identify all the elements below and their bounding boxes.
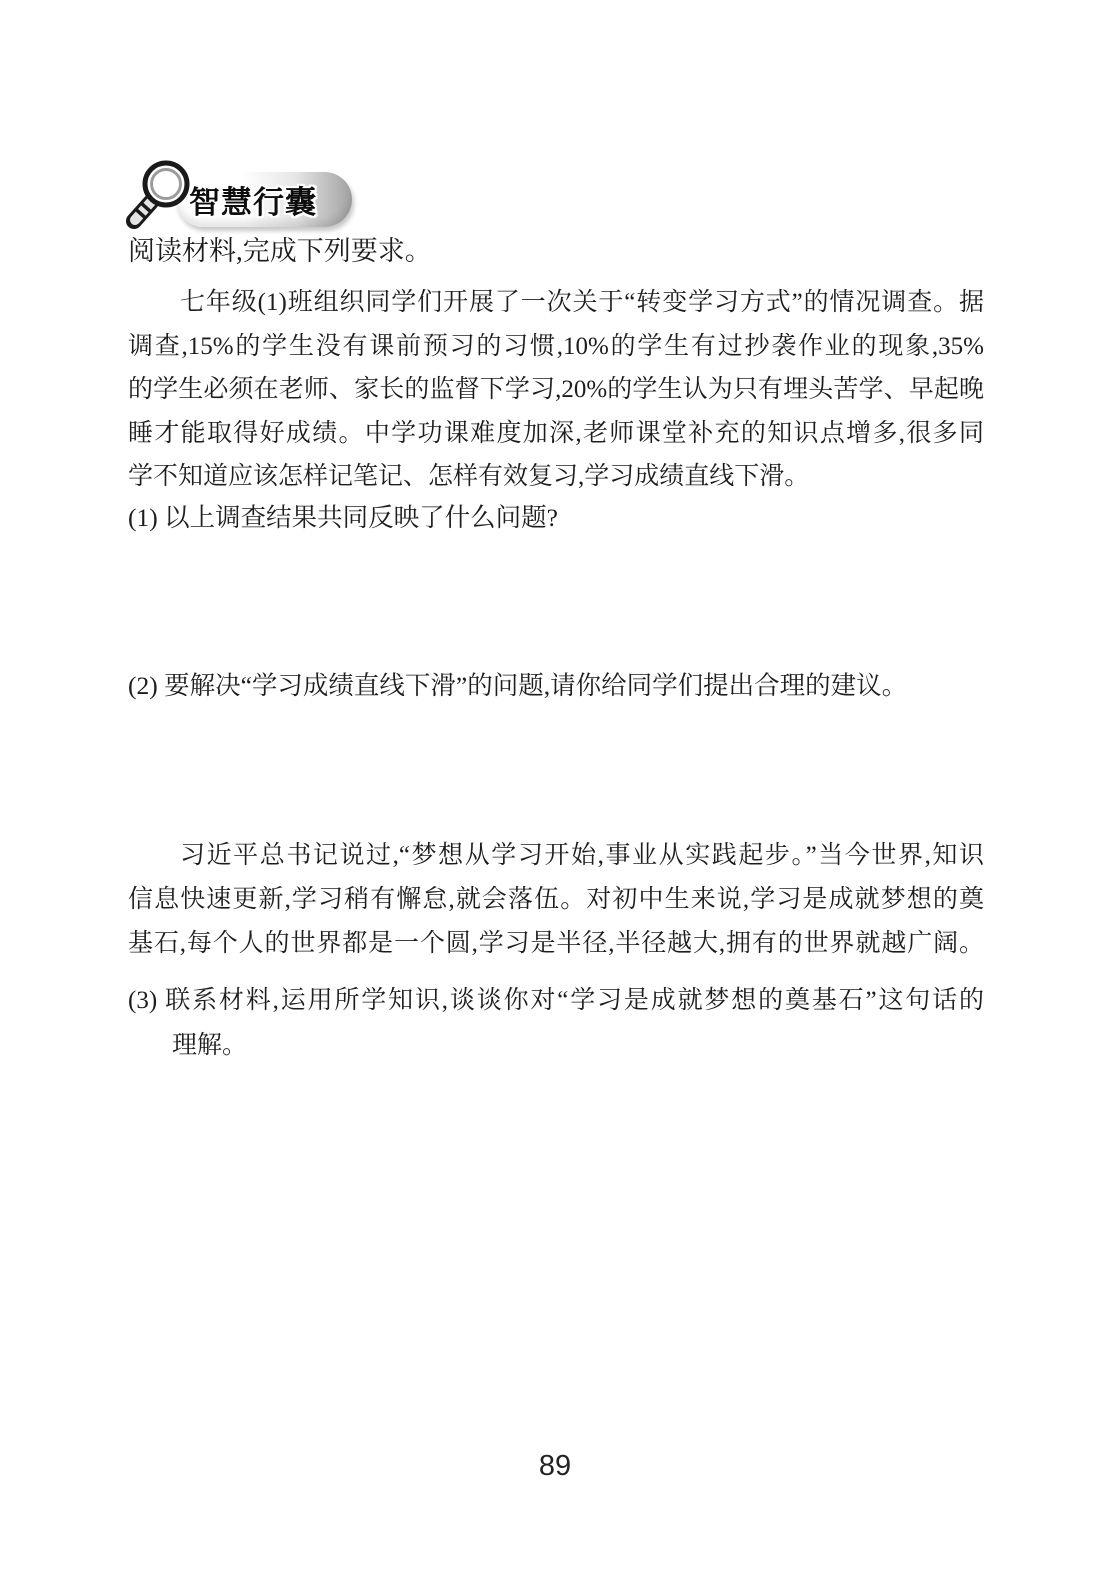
paragraph-line: 信息快速更新,学习稍有懈怠,就会落伍。对初中生来说,学习是成就梦想的奠 (128, 878, 984, 922)
paragraph-line: 学不知道应该怎样记笔记、怎样有效复习,学习成绩直线下滑。 (128, 455, 984, 499)
paragraph-line: 基石,每个人的世界都是一个圆,学习是半径,半径越大,拥有的世界就越广阔。 (128, 922, 984, 966)
question-3: (3) 联系材料,运用所学知识,谈谈你对“学习是成就梦想的奠基石”这句话的 理解… (128, 978, 984, 1068)
section-badge-pill: 智慧行囊 (176, 172, 352, 227)
section-badge-label: 智慧行囊 (189, 177, 317, 222)
paragraph-line: 睡才能取得好成绩。中学功课难度加深,老师课堂补充的知识点增多,很多同 (128, 412, 984, 456)
document-page: 智慧行囊 阅读材料,完成下列要求。 七年级(1)班组织同学们开展了一次关于“转变… (0, 0, 1110, 1571)
material-paragraph-2: 习近平总书记说过,“梦想从学习开始,事业从实践起步。”当今世界,知识 信息快速更… (128, 834, 984, 966)
section-badge: 智慧行囊 (124, 158, 394, 242)
question-3-line2: 理解。 (128, 1023, 984, 1068)
question-2: (2) 要解决“学习成绩直线下滑”的问题,请你给同学们提出合理的建议。 (128, 668, 907, 704)
question-1: (1) 以上调查结果共同反映了什么问题? (128, 500, 558, 536)
page-number: 89 (0, 1450, 1110, 1483)
paragraph-line: 七年级(1)班组织同学们开展了一次关于“转变学习方式”的情况调查。据 (128, 281, 984, 325)
paragraph-line: 的学生必须在老师、家长的监督下学习,20%的学生认为只有埋头苦学、早起晚 (128, 368, 984, 412)
paragraph-line: 调查,15%的学生没有课前预习的习惯,10%的学生有过抄袭作业的现象,35% (128, 325, 984, 369)
material-paragraph-1: 七年级(1)班组织同学们开展了一次关于“转变学习方式”的情况调查。据 调查,15… (128, 281, 984, 499)
paragraph-line: 习近平总书记说过,“梦想从学习开始,事业从实践起步。”当今世界,知识 (128, 834, 984, 878)
magnifier-icon (124, 158, 196, 240)
question-3-line1: (3) 联系材料,运用所学知识,谈谈你对“学习是成就梦想的奠基石”这句话的 (128, 978, 984, 1023)
